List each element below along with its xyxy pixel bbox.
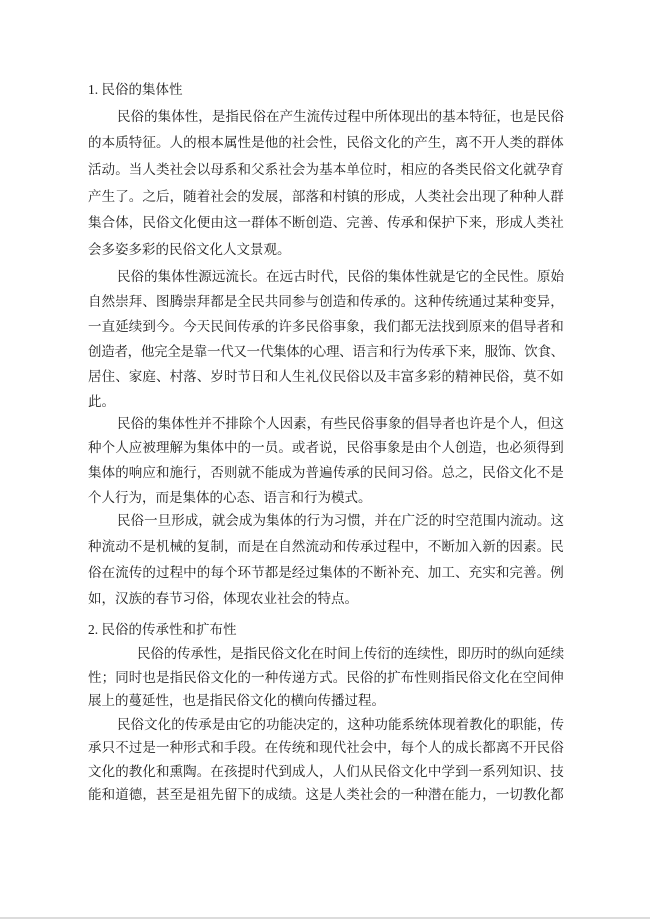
section-heading: 1. 民俗的集体性: [88, 77, 564, 104]
document-page: 1. 民俗的集体性民俗的集体性，是指民俗在产生流传过程中所体现出的基本特征，也是…: [0, 0, 650, 919]
text-line: 文化的教化和熏陶。在孩提时代到成人，人们从民俗文化中学到一系列知识、技: [88, 760, 564, 784]
section-heading: 2. 民俗的传承性和扩布性: [88, 617, 564, 643]
text-line: 创造者，他完全是靠一代又一代集体的心理、语言和行为传承下来，服饰、饮食、: [88, 339, 564, 364]
text-line: 民俗的集体性源远流长。在远古时代，民俗的集体性就是它的全民性。原始: [88, 264, 564, 289]
text-line: 民俗的集体性并不排除个人因素，有些民俗事象的倡导者也许是个人，但这: [88, 412, 564, 437]
text-line: 居住、家庭、村落、岁时节日和人生礼仪民俗以及丰富多彩的精神民俗，莫不如: [88, 364, 564, 389]
text-line: 的本质特征。人的根本属性是他的社会性，民俗文化的产生，离不开人类的群体: [88, 130, 564, 157]
paragraph: 民俗的集体性并不排除个人因素，有些民俗事象的倡导者也许是个人，但这种个人应被理解…: [88, 412, 564, 510]
text-line: 如，汉族的春节习俗，体现农业社会的特点。: [88, 586, 564, 612]
text-line: 此。: [88, 389, 564, 414]
text-line: 集体的响应和施行，否则就不能成为普遍传承的民间习俗。总之，民俗文化不是: [88, 461, 564, 486]
text-line: 一直延续到今。今天民间传承的许多民俗事象，我们都无法找到原来的倡导者和: [88, 314, 564, 339]
text-line: 能和道德，甚至是祖先留下的成绩。这是人类社会的一种潜在能力，一切教化都: [88, 783, 564, 807]
text-line: 民俗一旦形成，就会成为集体的行为习惯，并在广泛的时空范围内流动。这: [88, 508, 564, 534]
text-line: 民俗的传承性，是指民俗文化在时间上传衍的连续性，即历时的纵向延续: [88, 642, 564, 666]
text-line: 性；同时也是指民俗文化的一种传递方式。民俗的扩布性则指民俗文化在空间伸: [88, 666, 564, 690]
paragraph: 民俗的传承性，是指民俗文化在时间上传衍的连续性，即历时的纵向延续性；同时也是指民…: [88, 642, 564, 713]
text-line: 承只不过是一种形式和手段。在传统和现代社会中，每个人的成长都离不开民俗: [88, 736, 564, 760]
text-line: 产生了。之后，随着社会的发展，部落和村镇的形成，人类社会出现了种种人群: [88, 184, 564, 211]
text-line: 种流动不是机械的复制，而是在自然流动和传承过程中，不断加入新的因素。民: [88, 534, 564, 560]
text-line: 种个人应被理解为集体中的一员。或者说，民俗事象是由个人创造，也必须得到: [88, 436, 564, 461]
text-column: 1. 民俗的集体性民俗的集体性，是指民俗在产生流传过程中所体现出的基本特征，也是…: [88, 0, 564, 807]
text-line: 展上的蔓延性，也是指民俗文化的横向传播过程。: [88, 689, 564, 713]
text-line: 民俗的集体性，是指民俗在产生流传过程中所体现出的基本特征，也是民俗: [88, 104, 564, 131]
text-line: 活动。当人类社会以母系和父系社会为基本单位时，相应的各类民俗文化就孕育: [88, 157, 564, 184]
text-line: 民俗文化的传承是由它的功能决定的，这种功能系统体现着教化的职能，传: [88, 713, 564, 737]
text-line: 集合体，民俗文化便由这一群体不断创造、完善、传承和保护下来，形成人类社: [88, 210, 564, 237]
paragraph: 民俗文化的传承是由它的功能决定的，这种功能系统体现着教化的职能，传承只不过是一种…: [88, 713, 564, 807]
text-line: 会多姿多彩的民俗文化人文景观。: [88, 237, 564, 264]
paragraph: 民俗的集体性源远流长。在远古时代，民俗的集体性就是它的全民性。原始自然崇拜、图腾…: [88, 264, 564, 414]
text-line: 自然崇拜、图腾崇拜都是全民共同参与创造和传承的。这种传统通过某种变异，: [88, 289, 564, 314]
text-line: 俗在流传的过程中的每个环节都是经过集体的不断补充、加工、充实和完善。例: [88, 560, 564, 586]
text-line: 个人行为，而是集体的心态、语言和行为模式。: [88, 486, 564, 511]
paragraph: 民俗一旦形成，就会成为集体的行为习惯，并在广泛的时空范围内流动。这种流动不是机械…: [88, 508, 564, 612]
paragraph: 民俗的集体性，是指民俗在产生流传过程中所体现出的基本特征，也是民俗的本质特征。人…: [88, 104, 564, 264]
